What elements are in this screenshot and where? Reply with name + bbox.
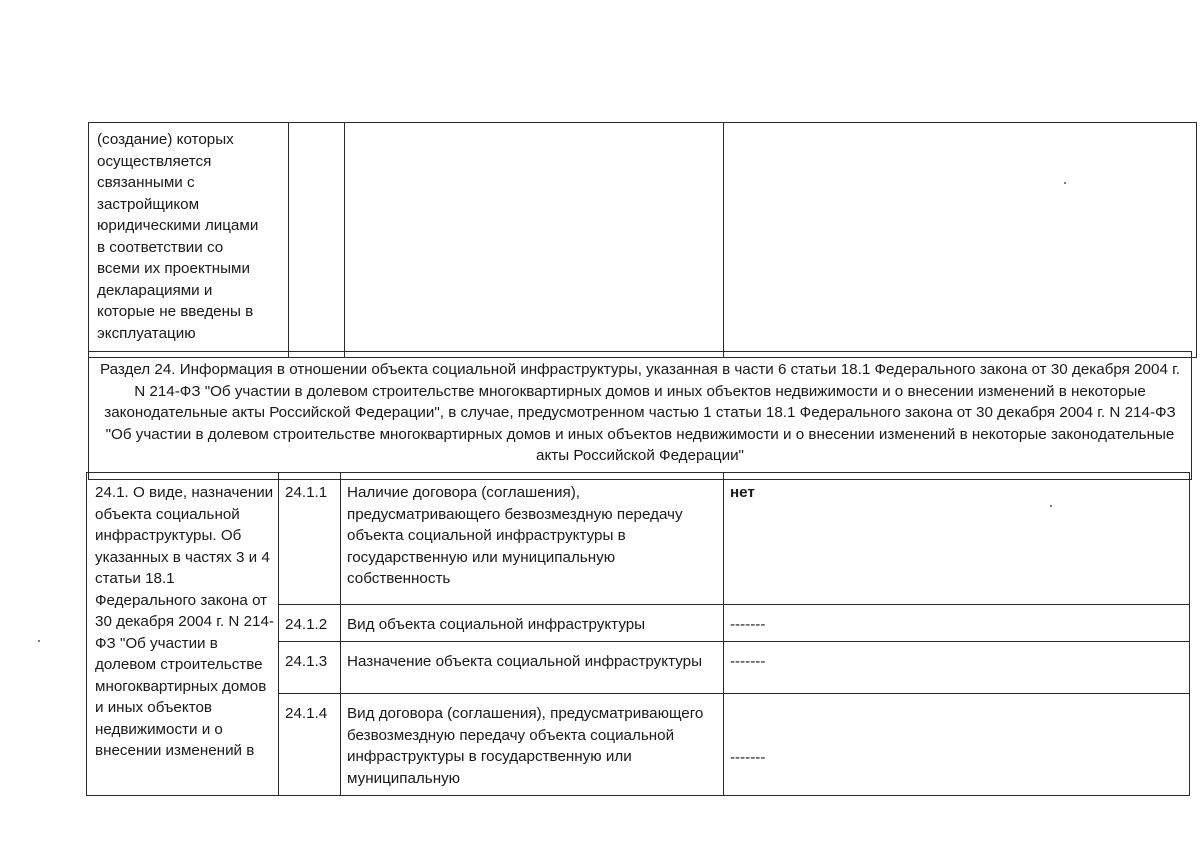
continuation-line: в соответствии со [97, 237, 284, 259]
continuation-line: декларациями и [97, 280, 284, 302]
continuation-row: (создание) которых осуществляется связан… [89, 123, 1197, 358]
row-label: Вид объекта социальной инфраструктуры [341, 605, 724, 642]
table-row: 24.1. О виде, назначении объекта социаль… [87, 473, 1190, 605]
continuation-line: осуществляется [97, 151, 284, 173]
row-value: ------- [724, 605, 1190, 642]
row-code: 24.1.3 [279, 642, 341, 694]
section-24-table: 24.1. О виде, назначении объекта социаль… [86, 472, 1190, 796]
subsection-title: 24.1. О виде, назначении объекта социаль… [87, 473, 279, 796]
empty-code-cell [289, 123, 345, 358]
scan-speck [1050, 505, 1052, 507]
scan-speck [1064, 182, 1066, 184]
section-24-heading: Раздел 24. Информация в отношении объект… [89, 352, 1192, 480]
continuation-line: всеми их проектными [97, 258, 284, 280]
scan-speck [38, 640, 40, 642]
row-value: ------- [730, 747, 765, 769]
row-code: 24.1.1 [279, 473, 341, 605]
row-code: 24.1.2 [279, 605, 341, 642]
row-value-cell: ------- [724, 694, 1190, 796]
empty-value-cell [724, 123, 1197, 358]
continuation-line: связанными с [97, 172, 284, 194]
continuation-line: застройщиком [97, 194, 284, 216]
row-label: Наличие договора (соглашения), предусмат… [341, 473, 724, 605]
continuation-line: эксплуатацию [97, 323, 284, 345]
row-value: нет [724, 473, 1190, 605]
continuation-line: (создание) которых [97, 129, 284, 151]
continuation-line: юридическими лицами [97, 215, 284, 237]
continuation-line: которые не введены в [97, 301, 284, 323]
scanned-document-page: (создание) которых осуществляется связан… [0, 0, 1200, 854]
row-label: Вид договора (соглашения), предусматрива… [341, 694, 724, 796]
empty-label-cell [345, 123, 724, 358]
row-code: 24.1.4 [279, 694, 341, 796]
continuation-table: (создание) которых осуществляется связан… [88, 122, 1197, 358]
section-heading-table: Раздел 24. Информация в отношении объект… [88, 351, 1192, 480]
row-label: Назначение объекта социальной инфраструк… [341, 642, 724, 694]
row-value: ------- [724, 642, 1190, 694]
continuation-text-cell: (создание) которых осуществляется связан… [89, 123, 289, 358]
